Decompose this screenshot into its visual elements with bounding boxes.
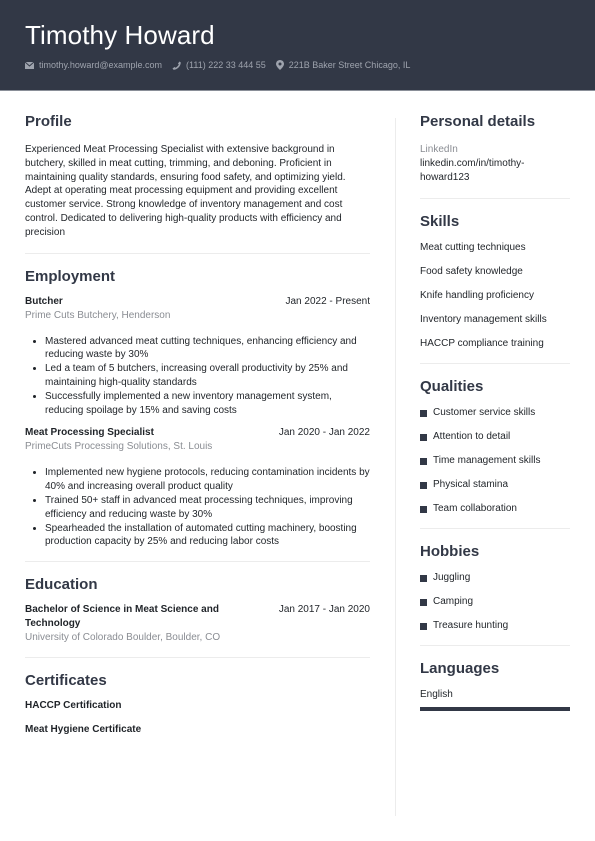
language-name: English [420,688,570,702]
divider [25,561,370,562]
section-title-qualities: Qualities [420,378,570,396]
quality-label: Customer service skills [433,406,535,420]
quality-item: Time management skills [420,454,570,468]
profile-section: Profile Experienced Meat Processing Spec… [25,113,370,240]
job-bullet: Successfully implemented a new inventory… [45,390,370,418]
section-title-education: Education [25,576,370,594]
job-bullets: Implemented new hygiene protocols, reduc… [25,466,370,549]
job-bullet: Implemented new hygiene protocols, reduc… [45,466,370,494]
skills-section: Skills Meat cutting techniques Food safe… [420,213,570,351]
education-entry: Bachelor of Science in Meat Science and … [25,603,370,645]
job-bullets: Mastered advanced meat cutting technique… [25,335,370,418]
job-company: PrimeCuts Processing Solutions, St. Loui… [25,440,370,454]
quality-item: Team collaboration [420,502,570,516]
job-title: Meat Processing Specialist [25,426,154,440]
language-level-bar [420,707,570,711]
job-bullet: Spearheaded the installation of automate… [45,522,370,550]
phone-icon [172,61,181,70]
skill-item: Inventory management skills [420,313,570,327]
contact-email[interactable]: timothy.howard@example.com [25,60,162,70]
section-title-hobbies: Hobbies [420,543,570,561]
contact-phone[interactable]: (111) 222 33 444 55 [172,60,266,70]
main-column: Profile Experienced Meat Processing Spec… [25,113,370,737]
email-text: timothy.howard@example.com [39,60,162,70]
hobby-label: Juggling [433,571,470,585]
job-bullet: Led a team of 5 butchers, increasing ove… [45,362,370,390]
square-bullet-icon [420,623,427,630]
skill-item: Knife handling proficiency [420,289,570,303]
candidate-name: Timothy Howard [25,20,215,51]
quality-item: Attention to detail [420,430,570,444]
column-divider [395,118,396,816]
section-title-profile: Profile [25,113,370,131]
section-title-languages: Languages [420,660,570,678]
square-bullet-icon [420,434,427,441]
certificate-item: HACCP Certification [25,699,370,713]
hobby-item: Camping [420,595,570,609]
square-bullet-icon [420,410,427,417]
education-dates: Jan 2017 - Jan 2020 [279,603,370,631]
hobby-item: Juggling [420,571,570,585]
section-title-skills: Skills [420,213,570,231]
divider [25,657,370,658]
qualities-section: Qualities Customer service skills Attent… [420,378,570,516]
job-entry: Butcher Jan 2022 - Present Prime Cuts Bu… [25,295,370,418]
section-title-certificates: Certificates [25,672,370,690]
profile-summary: Experienced Meat Processing Specialist w… [25,143,370,240]
phone-text: (111) 222 33 444 55 [186,60,266,70]
certificate-item: Meat Hygiene Certificate [25,723,370,737]
job-bullet: Mastered advanced meat cutting technique… [45,335,370,363]
divider [420,528,570,529]
hobby-label: Treasure hunting [433,619,508,633]
square-bullet-icon [420,482,427,489]
divider [420,363,570,364]
job-dates: Jan 2020 - Jan 2022 [279,426,370,440]
envelope-icon [25,62,34,69]
contact-address: 221B Baker Street Chicago, IL [276,60,411,70]
hobbies-section: Hobbies Juggling Camping Treasure huntin… [420,543,570,633]
school-name: University of Colorado Boulder, Boulder,… [25,631,370,645]
job-bullet: Trained 50+ staff in advanced meat proce… [45,494,370,522]
job-entry: Meat Processing Specialist Jan 2020 - Ja… [25,426,370,549]
employment-section: Employment Butcher Jan 2022 - Present Pr… [25,268,370,550]
quality-label: Time management skills [433,454,540,468]
contact-row: timothy.howard@example.com (111) 222 33 … [25,60,420,70]
quality-label: Attention to detail [433,430,510,444]
square-bullet-icon [420,458,427,465]
skill-item: Food safety knowledge [420,265,570,279]
map-pin-icon [276,60,284,70]
linkedin-link[interactable]: linkedin.com/in/timothy-howard123 [420,157,540,185]
job-company: Prime Cuts Butchery, Henderson [25,309,370,323]
divider [420,198,570,199]
language-level-fill [420,707,570,711]
address-text: 221B Baker Street Chicago, IL [289,60,411,70]
square-bullet-icon [420,506,427,513]
square-bullet-icon [420,599,427,606]
hobby-item: Treasure hunting [420,619,570,633]
personal-details-section: Personal details LinkedIn linkedin.com/i… [420,113,570,185]
divider [420,645,570,646]
quality-item: Physical stamina [420,478,570,492]
education-section: Education Bachelor of Science in Meat Sc… [25,576,370,645]
skill-item: HACCP compliance training [420,337,570,351]
sidebar-column: Personal details LinkedIn linkedin.com/i… [420,113,570,711]
degree-title: Bachelor of Science in Meat Science and … [25,603,235,631]
job-dates: Jan 2022 - Present [286,295,371,309]
resume-header: Timothy Howard timothy.howard@example.co… [0,0,595,91]
hobby-label: Camping [433,595,473,609]
section-title-employment: Employment [25,268,370,286]
languages-section: Languages English [420,660,570,711]
certificates-section: Certificates HACCP Certification Meat Hy… [25,672,370,737]
job-title: Butcher [25,295,63,309]
skill-item: Meat cutting techniques [420,241,570,255]
quality-label: Team collaboration [433,502,517,516]
divider [25,253,370,254]
square-bullet-icon [420,575,427,582]
quality-item: Customer service skills [420,406,570,420]
linkedin-label: LinkedIn [420,143,570,157]
section-title-personal: Personal details [420,113,570,131]
quality-label: Physical stamina [433,478,508,492]
